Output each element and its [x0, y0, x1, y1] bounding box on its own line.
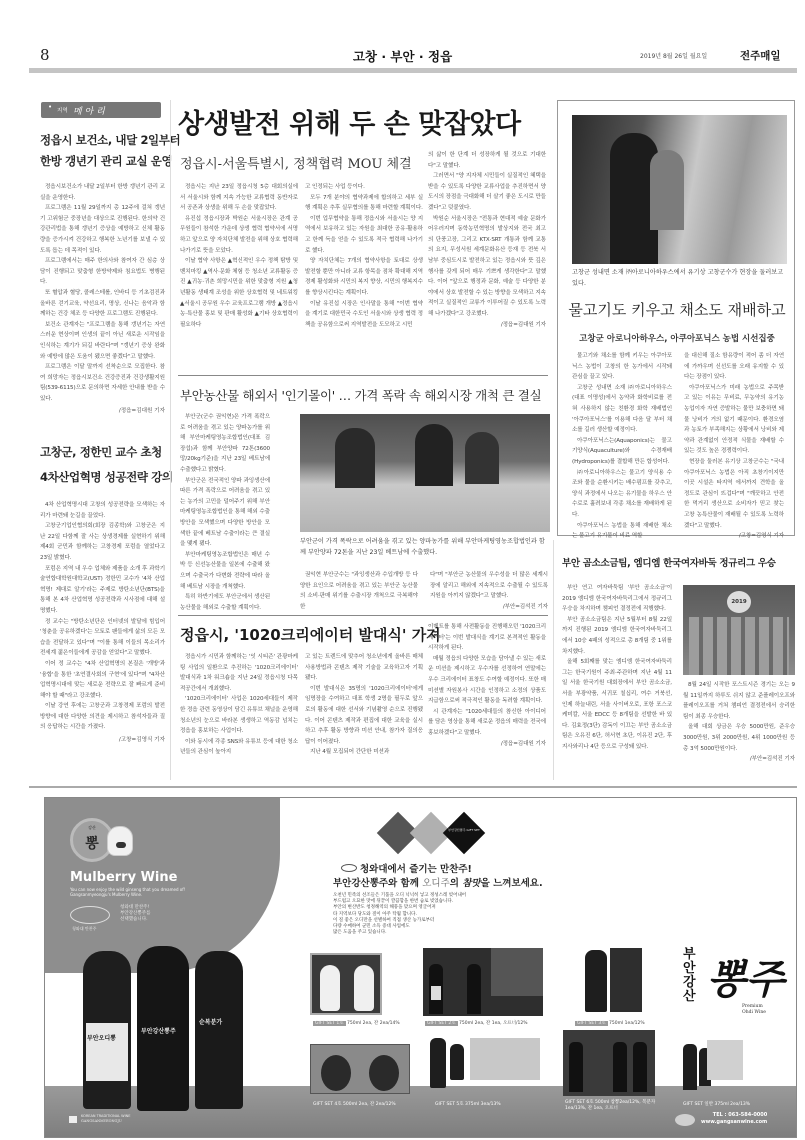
article-body: 4차 산업혁명시대 고창의 성공전략을 모색하는 자리가 마련돼 눈길을 끌었다…: [40, 500, 165, 733]
article-aquaponics-subhead: 고창군 아로니아하우스, 아쿠아포닉스 농법 시선집중: [558, 332, 796, 344]
gift-set-3-label: GIFT SET 3호 750ml 1ea/12%: [575, 1020, 645, 1026]
ad-top-rule: [29, 786, 797, 788]
gift-set-6-image: [563, 1030, 655, 1096]
wine-bottle: 부안강산뽕주: [137, 946, 189, 1111]
article-aquaponics-box: 고창군 성내면 소재 ㈜아로니아하우스에서 유기상 고창군수가 현장을 둘러보고…: [557, 100, 795, 536]
article-mou-col3: 의 삶이 한 단계 더 성장하게 될 것으로 기대한다"고 말했다. 그러면서 …: [428, 150, 546, 330]
gift-set-5-label: GIFT SET 5호 375ml 3ea/13%: [435, 1101, 501, 1107]
person-silhouette: [650, 150, 684, 230]
article-mou-col2: 고 인정되는 사업 등이다. 모두 7개 분야의 협약과제에 합의하고 세부 실…: [305, 182, 423, 330]
gift-set-6-label: GIFT SET 6호 500ml 참뽕2ea/12%, 복분자1ea/13%,…: [565, 1100, 660, 1112]
byline: /정읍=김대원 기자: [40, 406, 165, 417]
ad-tagline-en: You can now enjoy the wild ginseng that …: [70, 887, 185, 897]
column-divider: [553, 540, 554, 780]
article-title: 고창군, 정한민 교수 초청 4차산업혁명 성공전략 강의: [40, 440, 165, 490]
person-silhouette: [335, 428, 375, 488]
bluehouse-emblem-small-icon: [341, 864, 357, 872]
issue-date: 2019년 8월 26일 월요일: [640, 51, 707, 60]
mascot-icon: [107, 826, 133, 856]
gift-set-2-label: GIFT SET 2호 750ml 2ea, 잔 1ea, 오프너/12%: [425, 1020, 528, 1026]
brand-calligraphy-small: 부안강산: [683, 948, 697, 1004]
photo-caption: 고창군 성내면 소재 ㈜아로니아하우스에서 유기상 고창군수가 현장을 둘러보고…: [572, 268, 787, 289]
ad-headline-1: 청와대에서 즐기는 만찬주!: [360, 861, 472, 875]
contact-info: TEL : 063-584-0000 www.gangsanwine.com: [701, 1112, 767, 1126]
gift-set-3-image: [585, 948, 645, 1014]
event-sign: 2019: [727, 591, 751, 613]
article-buan-export-col2: 권익현 부안군수는 "과잉생산과 수입개방 등 다양한 요인으로 어려움을 겪고…: [300, 570, 418, 612]
byline: /고창=김영식 기자: [40, 735, 165, 746]
article-creator-col1: 정읍시가 시민과 함께하는 '잇 시티즌' 관광마케팅 사업의 일환으로 추진하…: [180, 652, 298, 758]
article-creator-col3: 이벤트를 통해 사전활동을 진행해오던 '1020크리에이터'는 이번 발대식을…: [428, 622, 546, 749]
gift-set-1-label: GIFT SET 1호 750ml 2ea, 잔 2ea/14%: [313, 1020, 400, 1026]
bluehouse-text: 청와대 만찬주! 부안강산뽕주를 선택했습니다.: [120, 905, 150, 923]
article-baduk-col1: 부안 연고 여자바둑팀 '부안 곰소소금'이 2019 엠디엠 한국여자바둑리그…: [562, 583, 672, 753]
brand-calligraphy-big: 뽕주: [707, 948, 784, 1005]
column-divider: [170, 100, 171, 780]
onion-export-photo: [300, 414, 550, 532]
header-divider: [29, 68, 797, 73]
gift-set-diamond: [443, 812, 485, 854]
wine-bottle: 부안오디뽕: [83, 951, 131, 1109]
ad-body-copy: 오천년 민족의 선조들은 기품을 오디 넉넉히 넣고 정성스레 빚어내어 부드럽…: [333, 893, 466, 936]
gift-set-regular-label: GIFT SET 일반 375ml 2ea/13%: [683, 1101, 750, 1107]
aquaponics-photo: [572, 115, 787, 264]
photo-caption: 부안군이 가격 폭락으로 어려움을 겪고 있는 양파농가를 위해 부안마케팅영농…: [300, 537, 550, 558]
company-name: KOREAN TRADITIONAL WINE GANGSANMYEONGJU: [81, 1114, 131, 1124]
section-divider: [178, 615, 548, 616]
bullet-icon: •: [48, 103, 52, 111]
person-silhouette: [465, 432, 499, 484]
gift-set-2-image: [423, 948, 543, 1016]
bluehouse-caption: 청와대 만찬주: [72, 926, 96, 932]
article-mou-subhead: 정읍시-서울특별시, 정책협력 MOU 체결: [180, 153, 412, 172]
byline: /정읍=김대원 기자: [428, 739, 546, 750]
article-buan-export-headline: 부안농산물 해외서 '인기몰이' … 가격 폭락 속 해외시장 개척 큰 결실: [180, 386, 541, 404]
article-mou-headline: 상생발전 위해 두 손 맞잡았다: [178, 102, 521, 141]
team-members: [689, 617, 789, 675]
baduk-team-photo: 2019: [683, 585, 795, 675]
gift-set-badge: 부안강산뽕주 GIFT SET: [441, 828, 487, 832]
wine-bottle: 순복분가: [195, 951, 243, 1109]
advertisement-mulberry-wine: 강산 뽕 Mulberry Wine You can now enjoy the…: [44, 797, 797, 1138]
gift-set-1-image: [310, 953, 382, 1015]
gift-set-regular-image: [683, 1040, 743, 1090]
article-body: 정읍시보건소가 내달 2일부터 한방 갱년기 관리 교실을 운영한다. 프로그램…: [40, 182, 165, 404]
section-divider: [178, 375, 548, 376]
article-health: 정읍시 보건소, 내달 2일부터 한방 갱년기 관리 교실 운영 정읍시보건소가…: [40, 130, 165, 417]
byline: /부안=김석진 기자: [683, 754, 795, 765]
byline: /부안=김석진 기자: [430, 602, 548, 613]
ad-headline-2: 부안강산뽕주와 함께 오디주의 참맛을 느껴보세요.: [333, 875, 543, 889]
ad-title-en: Mulberry Wine: [70, 870, 177, 885]
bluehouse-emblem-icon: [70, 906, 110, 924]
article-aquaponics-col2: 을 대신해 질소 함유량이 적어 좀 더 자연에 가까우며 신선도를 오래 유지…: [684, 351, 784, 542]
byline: /정읍=김대원 기자: [428, 320, 546, 331]
article-gochang-lecture: 고창군, 정한민 교수 초청 4차산업혁명 성공전략 강의 4차 산업혁명시대 …: [40, 440, 165, 746]
person-silhouette: [415, 424, 453, 486]
article-baduk-col2: 8월 24일 시작한 포스트시즌 경기는 오는 9월 11일까지 하루도 쉬지 …: [683, 680, 795, 765]
newspaper-name: 전주매일: [740, 48, 781, 63]
badge-label-small: 지역: [57, 106, 68, 114]
gift-set-4-image: [310, 1044, 410, 1094]
article-buan-export-col1: 부안군(군수 권익현)은 가격 폭락으로 어려움을 겪고 있는 양파농가를 위해…: [180, 412, 270, 613]
column-badge: • 지역 메 아 리: [41, 102, 161, 118]
premium-label: Premium Ohdi Wine: [742, 1004, 766, 1016]
badge-label-big: 메 아 리: [73, 104, 105, 117]
article-creator-col2: 고 있는 트렌드에 맞추어 청소년에게 올바른 매체 사용방법과 콘텐츠 제작 …: [305, 652, 423, 758]
company-logo-icon: [69, 1116, 77, 1123]
company-seal-icon: [675, 1114, 695, 1126]
article-creator-headline: 정읍시, '1020크리에이터 발대식' 가져: [180, 624, 441, 645]
byline: /고창=김영식 기자: [684, 531, 784, 542]
article-mou-col1: 정읍시는 지난 23일 정읍시청 5층 대회의실에서 서울시와 함께 지속 가능…: [180, 182, 298, 330]
gift-set-4-label: GIFT SET 4호 500ml 2ea, 잔 2ea/12%: [313, 1101, 396, 1107]
article-buan-export-col3: 다"며 "부안군 농산물의 우수성을 더 많은 세계시장에 알리고 해외에 지속…: [430, 570, 548, 612]
gift-set-5-image: [430, 1038, 540, 1093]
article-aquaponics-col1: 물고기와 채소를 함께 키우는 아쿠아포닉스 농법이 고창의 한 농가에서 시작…: [572, 351, 672, 542]
article-aquaponics-headline: 물고기도 키우고 채소도 재배하고: [558, 299, 796, 320]
article-title: 정읍시 보건소, 내달 2일부터 한방 갱년기 관리 교실 운영: [40, 130, 165, 172]
article-baduk-headline: 부안 곰소소금팀, 엠디엠 한국여자바둑 정규리그 우승: [562, 555, 776, 569]
